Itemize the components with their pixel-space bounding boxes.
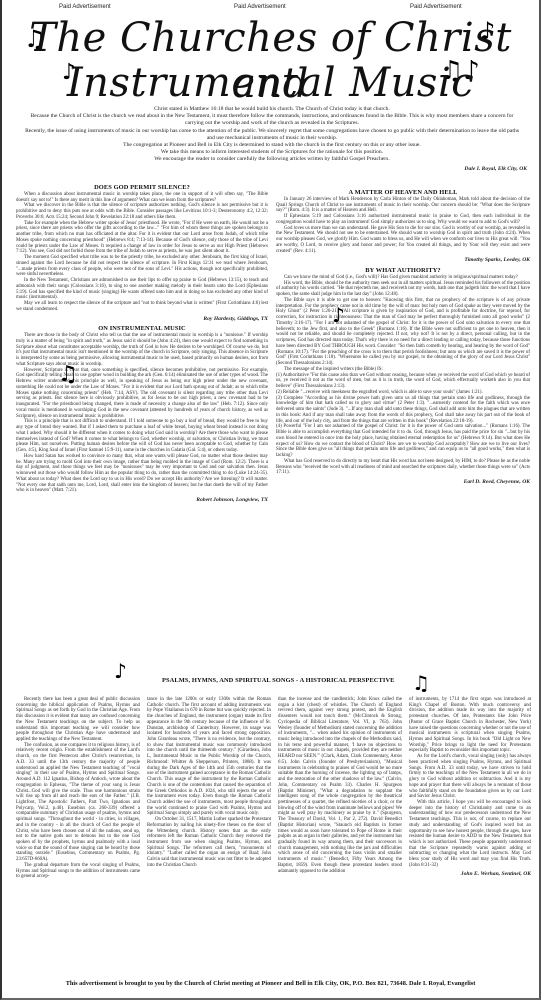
page-title-line-2: Instrumental Music [2,60,539,106]
list-item: (3) Complete "According as his divine po… [276,396,530,425]
paragraph: There are those in the body of Christ wh… [16,333,268,368]
paragraph: On October 31, 1517, Martin Luther spark… [147,817,271,868]
article-byline: John E. Werhan, Sentinel, OK [409,872,531,878]
paid-advertisement-label: Paid Advertisement [59,4,111,10]
list-item: (4) Powerful "For I am not ashamed of th… [276,424,530,459]
paragraph: The confusion, as one compares it to rel… [16,743,140,863]
article-heading-authority: BY WHAT AUTHORITY? [276,268,530,274]
psalms-column-4: of instruments, by 1714 the first organ … [409,697,531,877]
paragraph: of instruments, by 1714 the first organ … [409,697,531,754]
paragraph: When a discussion about instrumental mus… [16,192,268,204]
paragraph: If Ephesians 5:19 and Colossians 3:16 au… [276,214,530,226]
intro-line: Because the Church of Christ is the chur… [22,113,522,127]
paragraph: This is a principle that is not difficul… [16,419,268,454]
paid-advertisement-label: Paid Advertisement [410,4,462,10]
article-byline: Roy Hardesty, Giddings, TX [16,317,268,323]
intro-line: We encourage the reader to consider care… [22,156,522,163]
intro-line: Recently, the issue of using instruments… [22,128,522,142]
eighth-note-icon: ♪ [114,660,127,682]
article-heading-psalms: PSALMS, HYMNS, AND SPIRITUAL SONGS - A H… [162,677,541,684]
paragraph: May we all learn to respect the silence … [16,301,268,313]
paragraph: However, Scripture is clear that, once s… [16,368,268,420]
left-column: DOES GOD PERMIT SILENCE? When a discussi… [16,183,268,508]
psalms-column-3: than the incense and the candlestick; Jo… [278,697,402,874]
paragraph: In January 26 interview of Mark Henderso… [276,197,530,214]
intro-statement: Christ stated in Matthew 16:18 that he w… [22,106,522,164]
paragraph: Recently there has been a great deal of … [16,697,140,743]
article-byline: Robert Johnson, Longview, TX [16,498,268,504]
paragraph: What we discover in the Bible is that th… [16,203,268,220]
paragraph: As for the Lord's church, vocal singing … [409,754,531,800]
article-byline: Timothy Sparks, Leedey, OK [276,258,530,264]
right-column: A MATTER OF HEAVEN AND HELL In January 2… [276,188,530,490]
paragraph: tance in the late 1200s or early 1300s w… [147,697,271,817]
paragraph: The Bible says it is able to get one to … [276,298,530,367]
article-byline: Earl D. Reed, Cheyenne, OK [276,480,530,486]
paragraph: The gradual departure from the vocal sin… [16,863,140,880]
paid-advertisement-label: Paid Advertisement [234,4,286,10]
psalms-column-2: tance in the late 1200s or early 1300s w… [147,697,271,869]
list-item: (1) Authoritative "For this cause also t… [276,373,530,390]
paragraph: His word, the Bible, should be the autho… [276,281,530,298]
article-heading-silence: DOES GOD PERMIT SILENCE? [16,185,268,191]
paragraph: In the New Testament, Christians are adm… [16,278,268,301]
paragraph: How hard Satan has worked to convince so… [16,454,268,494]
intro-byline: Dale I. Royal, Elk City, OK [464,166,527,172]
advertisement-page: Paid Advertisement Paid Advertisement Pa… [0,0,541,1000]
paragraph: than the incense and the candlestick; Jo… [278,697,402,874]
paragraph: What has God reserved to do directly to … [276,459,530,476]
article-heading-heaven-hell: A MATTER OF HEAVEN AND HELL [276,190,530,196]
paragraph: The moment God specified what tribe was … [16,255,268,278]
paragraph: Can we know the mind of God (i.e., God's… [276,275,530,281]
paragraph: God loves us more than we can understand… [276,226,530,255]
paragraph: Take for example when the Hebrew writer … [16,221,268,256]
beamed-eighth-notes-icon: ♫ [58,364,78,386]
eighth-note-icon: ♪ [332,304,345,326]
sponsor-footer: This advertisement is brought to you by … [2,980,539,987]
psalms-column-1: Recently there has been a great deal of … [16,697,140,880]
article-heading-instrumental: ON INSTRUMENTAL MUSIC [16,326,268,332]
paragraph: With this article, I hope you will be en… [409,800,531,869]
